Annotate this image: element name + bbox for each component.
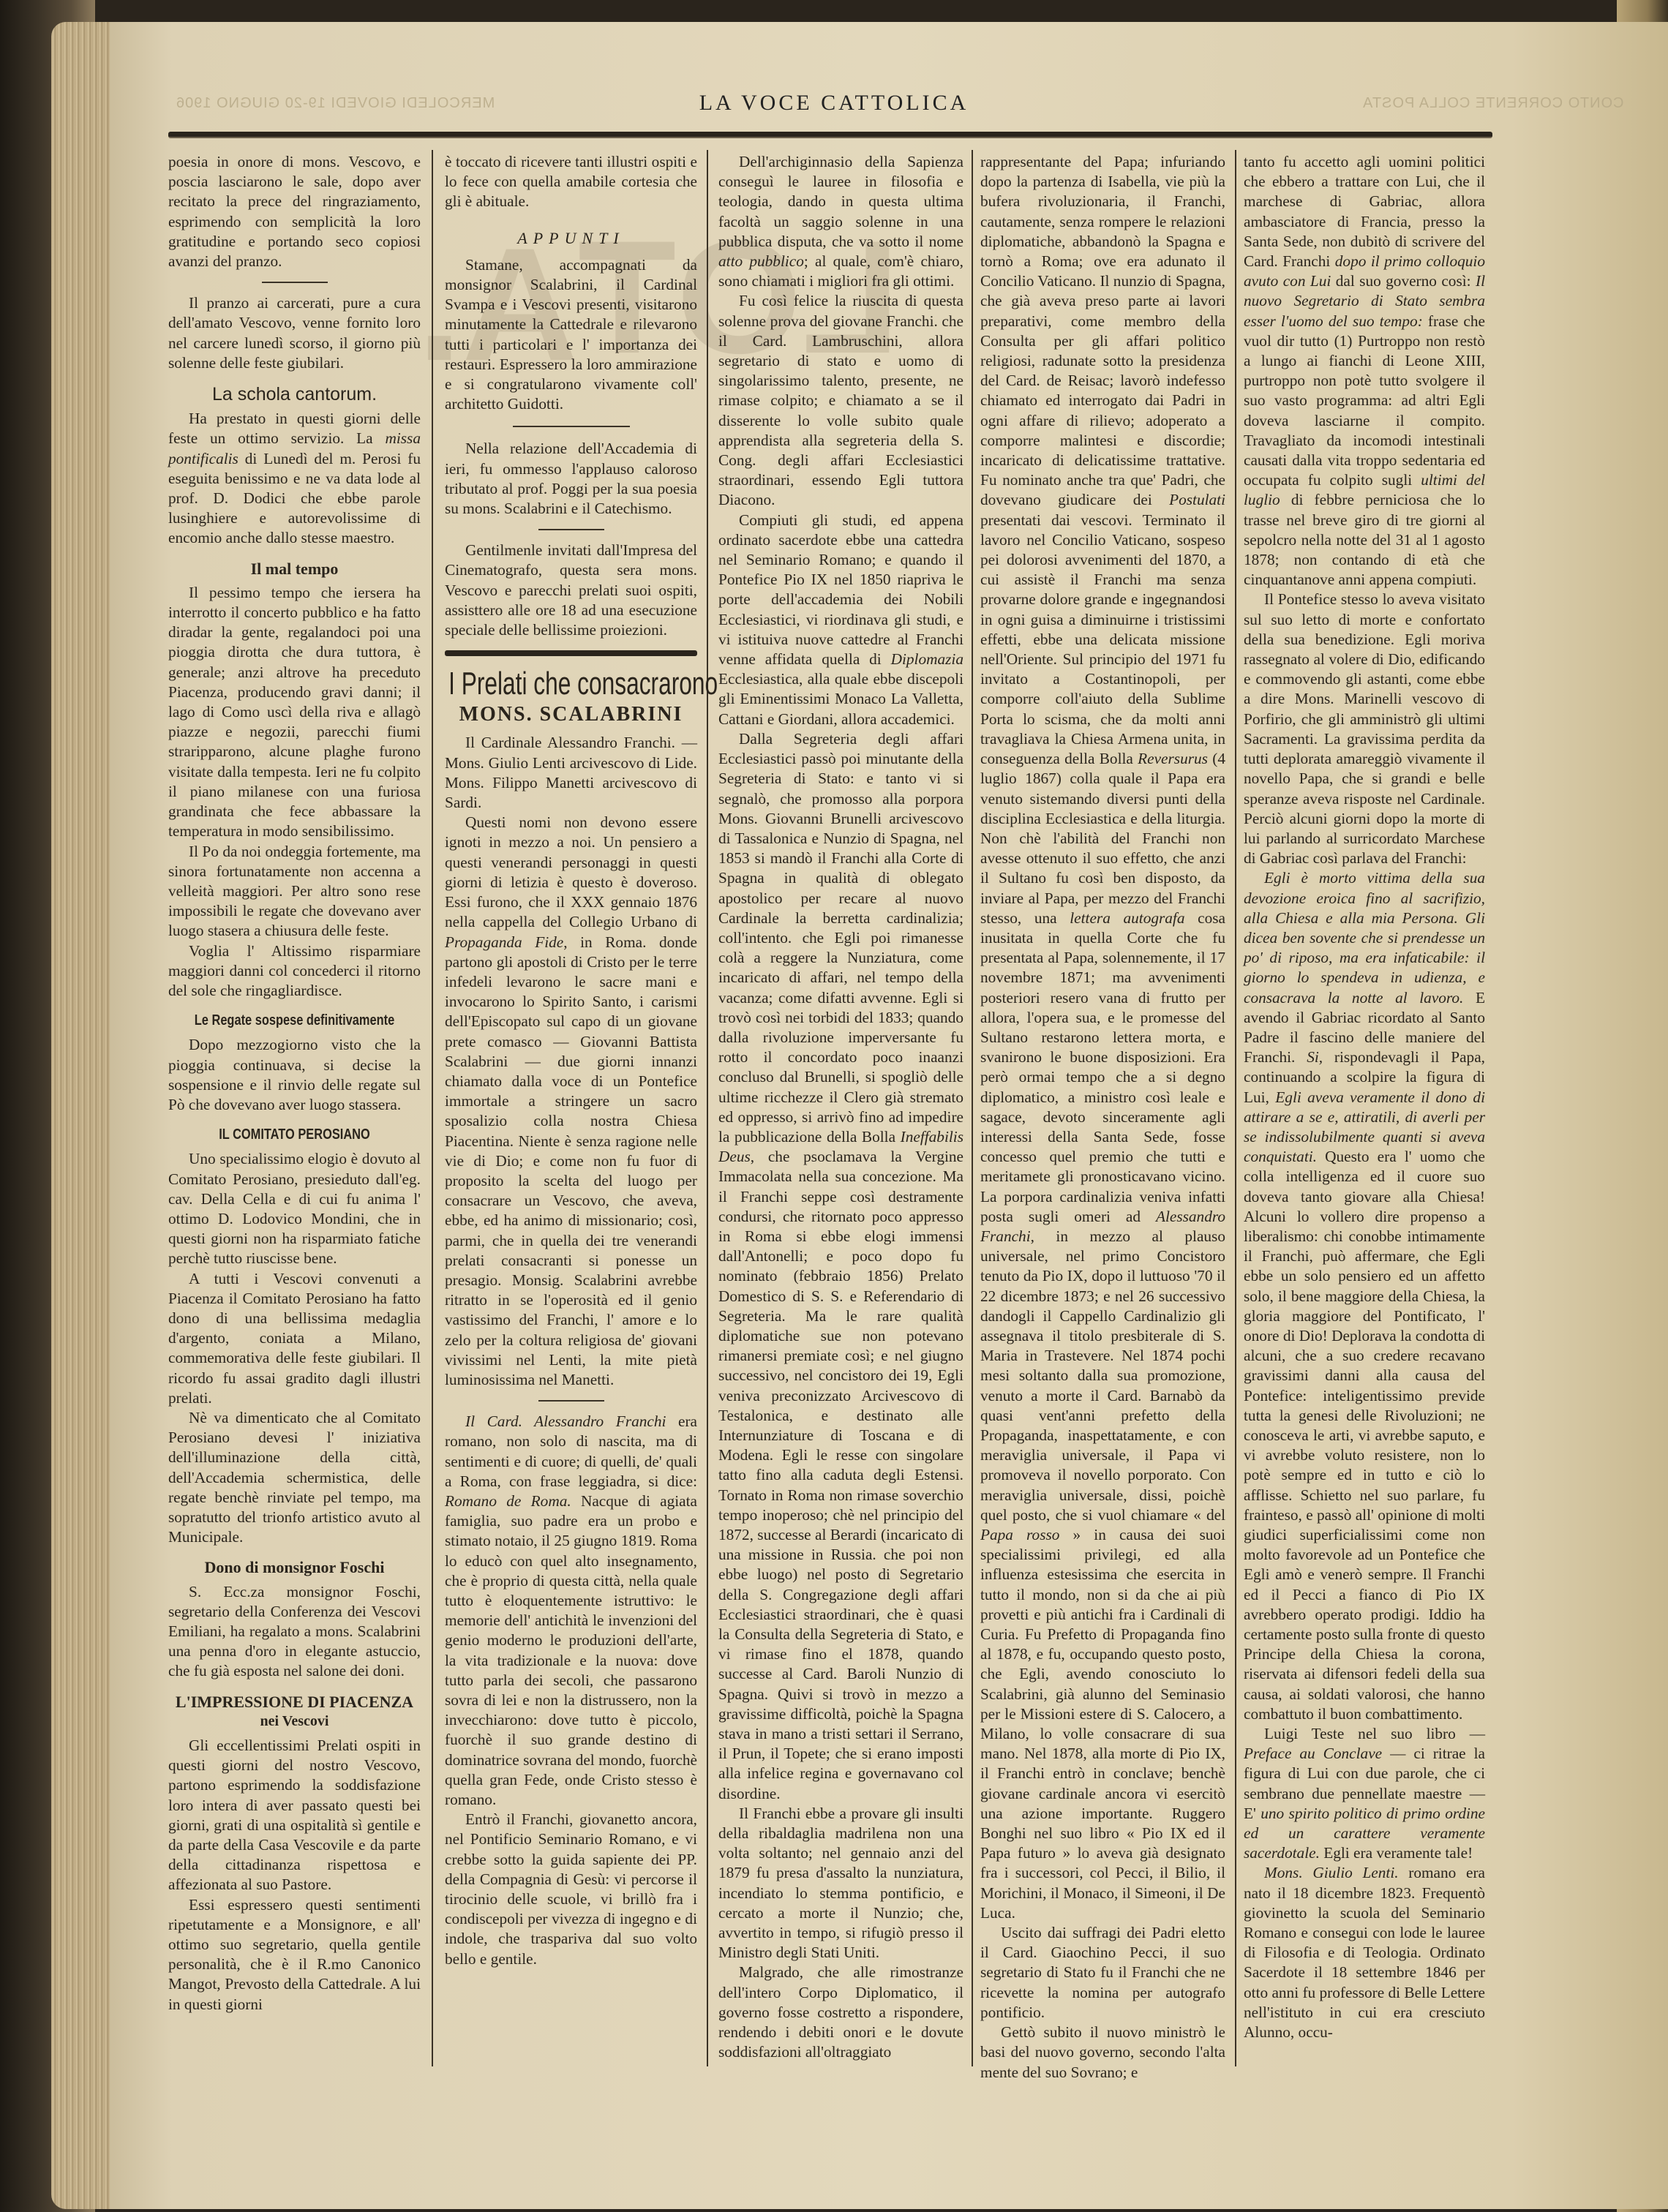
paragraph: A tutti i Vescovi convenuti a Piacenza i… — [168, 1269, 421, 1408]
paragraph: Malgrado, che alle rimostranze dell'inte… — [718, 1963, 963, 2062]
paragraph: Ha prestato in questi giorni delle feste… — [168, 409, 421, 548]
paragraph: Gli eccellentissimi Prelati ospiti in qu… — [168, 1736, 421, 1895]
paragraph: Il Cardinale Alessandro Franchi. — Mons.… — [445, 733, 697, 813]
heading-impressione-piacenza: L'IMPRESSIONE DI PIACENZA — [168, 1692, 421, 1712]
heading-mal-tempo: Il mal tempo — [168, 559, 421, 579]
column-divider — [707, 150, 708, 2066]
paragraph: Dalla Segreteria degli affari Ecclesiast… — [718, 729, 963, 1804]
heading-regate-sospese: Le Regate sospese definitivamente — [191, 1011, 398, 1031]
column-3: Dell'archiginnasio della Sapienza conseg… — [718, 152, 963, 2063]
column-divider — [1235, 150, 1236, 2066]
paragraph: Stamane, accompagnati da monsignor Scala… — [445, 255, 697, 415]
article-subtitle: MONS. SCALABRINI — [445, 704, 697, 724]
paragraph: Il Pontefice stesso lo aveva visitato su… — [1244, 590, 1485, 868]
paragraph: Gentilmenle invitati dall'Impresa del Ci… — [445, 541, 697, 640]
paragraph: Uscito dai suffragi dei Padri eletto il … — [980, 1923, 1225, 2023]
heading-appunti: APPUNTI — [445, 228, 697, 248]
paragraph: Dell'archiginnasio della Sapienza conseg… — [718, 152, 963, 291]
paragraph: Il pessimo tempo che iersera ha interrot… — [168, 583, 421, 842]
paragraph: Questi nomi non devono essere ignoti in … — [445, 813, 697, 1390]
column-5: tanto fu accetto agli uomini politici ch… — [1244, 152, 1485, 2042]
paragraph: Essi espressero questi sentimenti ripetu… — [168, 1895, 421, 2014]
paragraph: Il pranzo ai carcerati, pure a cura dell… — [168, 293, 421, 373]
separator — [538, 529, 604, 530]
separator — [262, 282, 328, 283]
paragraph: poesia in onore di mons. Vescovo, e posc… — [168, 152, 421, 271]
column-1: poesia in onore di mons. Vescovo, e posc… — [168, 152, 421, 2014]
heading-nei-vescovi: nei Vescovi — [168, 1712, 421, 1731]
masthead-bleed-right: CONTO CORRENTE COLLA POSTA — [1362, 95, 1624, 112]
paragraph: Egli è morto vittima della sua devozione… — [1244, 868, 1485, 1724]
paragraph: Il Card. Alessandro Franchi era romano, … — [445, 1412, 697, 1810]
paragraph: Entrò il Franchi, giovanetto ancora, nel… — [445, 1810, 697, 1969]
paragraph: S. Ecc.za monsignor Foschi, segretario d… — [168, 1582, 421, 1682]
separator — [513, 426, 630, 427]
paragraph: Il Franchi ebbe a provare gli insulti de… — [718, 1804, 963, 1963]
column-4: rappresentante del Papa; infuriando dopo… — [980, 152, 1225, 2083]
paragraph: tanto fu accetto agli uomini politici ch… — [1244, 152, 1485, 590]
separator — [538, 1400, 604, 1402]
heading-schola-cantorum: La schola cantorum. — [168, 385, 421, 405]
column-divider — [972, 150, 973, 2066]
section-rule — [445, 650, 697, 656]
heading-dono-foschi: Dono di monsignor Foschi — [168, 1557, 421, 1577]
paragraph: Compiuti gli studi, ed appena ordinato s… — [718, 511, 963, 729]
paragraph: Gettò subito il nuovo ministrò le basi d… — [980, 2023, 1225, 2083]
paragraph: Nella relazione dell'Accademia di ieri, … — [445, 439, 697, 519]
paragraph: Mons. Giulio Lenti. romano era nato il 1… — [1244, 1863, 1485, 2042]
masthead-rule — [168, 132, 1492, 138]
paragraph: è toccato di ricevere tanti illustri osp… — [445, 152, 697, 212]
paragraph: Il Po da noi ondeggia fortemente, ma sin… — [168, 842, 421, 941]
paragraph: rappresentante del Papa; infuriando dopo… — [980, 152, 1225, 1923]
paragraph: Voglia l' Altissimo risparmiare maggiori… — [168, 941, 421, 1001]
column-2: è toccato di ricevere tanti illustri osp… — [445, 152, 697, 1969]
paragraph: Fu così felice la riuscita di questa sol… — [718, 291, 963, 510]
paragraph: Nè va dimenticato che al Comitato Perosi… — [168, 1408, 421, 1547]
paragraph: Uno specialissimo elogio è dovuto al Com… — [168, 1149, 421, 1268]
paragraph: Dopo mezzogiorno visto che la pioggia co… — [168, 1035, 421, 1115]
column-divider — [432, 150, 433, 2066]
article-title: I Prelati che consacrarono — [448, 665, 694, 703]
paragraph: Luigi Teste nel suo libro — Preface au C… — [1244, 1724, 1485, 1863]
heading-comitato-perosiano: IL COMITATO PEROSIANO — [191, 1125, 398, 1145]
